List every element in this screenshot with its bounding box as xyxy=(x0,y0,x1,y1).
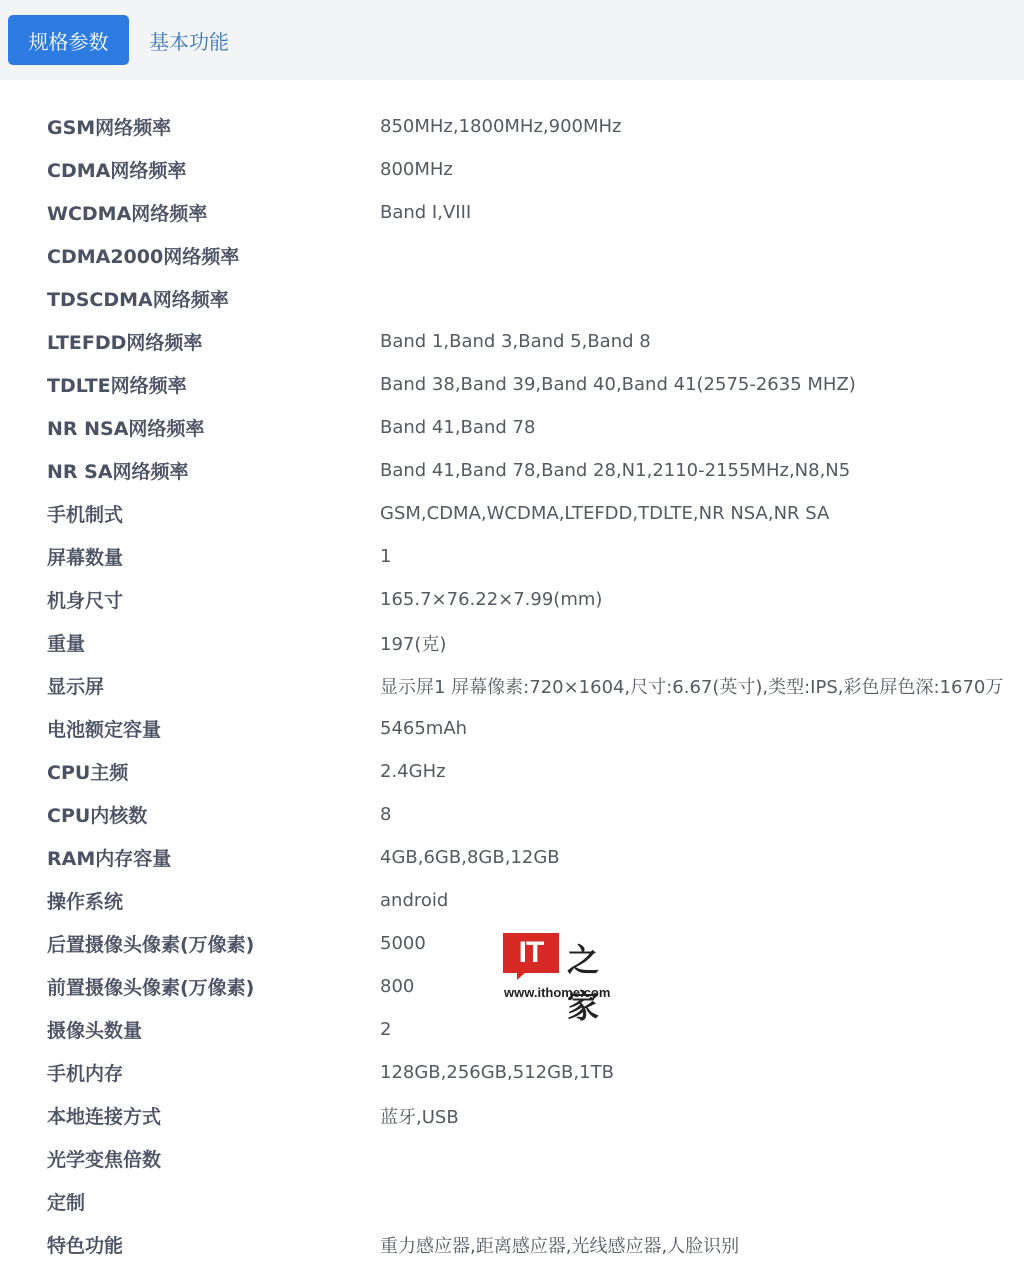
spec-row: WCDMA网络频率Band Ⅰ,VIII xyxy=(0,191,1024,234)
tab-specs[interactable]: 规格参数 xyxy=(8,15,129,65)
spec-row: 显示屏显示屏1 屏幕像素:720×1604,尺寸:6.67(英寸),类型:IPS… xyxy=(0,664,1024,707)
spec-value: Band 1,Band 3,Band 5,Band 8 xyxy=(380,331,651,352)
tab-basic-features[interactable]: 基本功能 xyxy=(149,26,229,55)
spec-value: 重力感应器,距离感应器,光线感应器,人脸识别 xyxy=(380,1232,739,1258)
spec-label: WCDMA网络频率 xyxy=(0,199,380,226)
spec-value: 显示屏1 屏幕像素:720×1604,尺寸:6.67(英寸),类型:IPS,彩色… xyxy=(380,673,1003,699)
spec-list: GSM网络频率850MHz,1800MHz,900MHzCDMA网络频率800M… xyxy=(0,105,1024,1266)
spec-label: 手机制式 xyxy=(0,500,380,527)
spec-value: 8 xyxy=(380,804,391,825)
spec-row: LTEFDD网络频率Band 1,Band 3,Band 5,Band 8 xyxy=(0,320,1024,363)
spec-label: 摄像头数量 xyxy=(0,1016,380,1043)
spec-row: NR SA网络频率Band 41,Band 78,Band 28,N1,2110… xyxy=(0,449,1024,492)
spec-label: NR NSA网络频率 xyxy=(0,414,380,441)
spec-label: 屏幕数量 xyxy=(0,543,380,570)
spec-row: 本地连接方式蓝牙,USB xyxy=(0,1094,1024,1137)
spec-value: 5465mAh xyxy=(380,718,467,739)
spec-label: TDSCDMA网络频率 xyxy=(0,285,380,312)
spec-label: 定制 xyxy=(0,1188,380,1215)
spec-value: Band 41,Band 78 xyxy=(380,417,535,438)
spec-label: CDMA网络频率 xyxy=(0,156,380,183)
spec-row: CPU内核数8 xyxy=(0,793,1024,836)
spec-row: TDLTE网络频率Band 38,Band 39,Band 40,Band 41… xyxy=(0,363,1024,406)
spec-value: 800MHz xyxy=(380,159,453,180)
spec-value: 蓝牙,USB xyxy=(380,1103,459,1129)
spec-row: NR NSA网络频率Band 41,Band 78 xyxy=(0,406,1024,449)
spec-label: 手机内存 xyxy=(0,1059,380,1086)
spec-row: 重量197(克) xyxy=(0,621,1024,664)
watermark-url: www.ithome.com xyxy=(504,985,610,1000)
spec-row: 机身尺寸165.7×76.22×7.99(mm) xyxy=(0,578,1024,621)
spec-value: 2 xyxy=(380,1019,391,1040)
spec-value: 197(克) xyxy=(380,630,446,656)
spec-label: 后置摄像头像素(万像素) xyxy=(0,930,380,957)
spec-label: 本地连接方式 xyxy=(0,1102,380,1129)
spec-row: 电池额定容量5465mAh xyxy=(0,707,1024,750)
spec-label: CPU内核数 xyxy=(0,801,380,828)
ithome-watermark: IT 之家 www.ithome.com xyxy=(503,933,623,1003)
spec-label: 显示屏 xyxy=(0,672,380,699)
ithome-logo-icon: IT xyxy=(503,933,559,973)
spec-label: RAM内存容量 xyxy=(0,844,380,871)
spec-label: GSM网络频率 xyxy=(0,113,380,140)
spec-value: 5000 xyxy=(380,933,426,954)
spec-value: 1 xyxy=(380,546,391,567)
spec-value: 128GB,256GB,512GB,1TB xyxy=(380,1062,614,1083)
spec-value: 165.7×76.22×7.99(mm) xyxy=(380,589,602,610)
spec-row: CPU主频2.4GHz xyxy=(0,750,1024,793)
logo-chinese-text: 之家 xyxy=(567,935,623,1027)
spec-label: 操作系统 xyxy=(0,887,380,914)
spec-label: CDMA2000网络频率 xyxy=(0,242,380,269)
spec-label: LTEFDD网络频率 xyxy=(0,328,380,355)
spec-label: 光学变焦倍数 xyxy=(0,1145,380,1172)
spec-row: 屏幕数量1 xyxy=(0,535,1024,578)
spec-value: Band 41,Band 78,Band 28,N1,2110-2155MHz,… xyxy=(380,460,850,481)
tab-bar: 规格参数 基本功能 xyxy=(0,0,1024,80)
spec-row: 手机内存128GB,256GB,512GB,1TB xyxy=(0,1051,1024,1094)
spec-value: 2.4GHz xyxy=(380,761,446,782)
spec-row: GSM网络频率850MHz,1800MHz,900MHz xyxy=(0,105,1024,148)
spec-value: 850MHz,1800MHz,900MHz xyxy=(380,116,622,137)
spec-row: 手机制式GSM,CDMA,WCDMA,LTEFDD,TDLTE,NR NSA,N… xyxy=(0,492,1024,535)
spec-value: Band 38,Band 39,Band 40,Band 41(2575-263… xyxy=(380,374,856,395)
spec-label: 重量 xyxy=(0,629,380,656)
spec-value: android xyxy=(380,890,448,911)
spec-value: 800 xyxy=(380,976,414,997)
spec-label: 前置摄像头像素(万像素) xyxy=(0,973,380,1000)
spec-value: 4GB,6GB,8GB,12GB xyxy=(380,847,560,868)
spec-row: TDSCDMA网络频率 xyxy=(0,277,1024,320)
spec-value: Band Ⅰ,VIII xyxy=(380,202,471,223)
spec-row: 操作系统android xyxy=(0,879,1024,922)
spec-value: GSM,CDMA,WCDMA,LTEFDD,TDLTE,NR NSA,NR SA xyxy=(380,503,829,524)
spec-row: 特色功能重力感应器,距离感应器,光线感应器,人脸识别 xyxy=(0,1223,1024,1266)
spec-label: 特色功能 xyxy=(0,1231,380,1258)
spec-row: CDMA2000网络频率 xyxy=(0,234,1024,277)
spec-label: TDLTE网络频率 xyxy=(0,371,380,398)
spec-row: RAM内存容量4GB,6GB,8GB,12GB xyxy=(0,836,1024,879)
spec-row: CDMA网络频率800MHz xyxy=(0,148,1024,191)
spec-label: NR SA网络频率 xyxy=(0,457,380,484)
logo-speech-tail xyxy=(517,971,527,980)
spec-label: 机身尺寸 xyxy=(0,586,380,613)
spec-row: 定制 xyxy=(0,1180,1024,1223)
spec-row: 摄像头数量2 xyxy=(0,1008,1024,1051)
spec-label: 电池额定容量 xyxy=(0,715,380,742)
spec-label: CPU主频 xyxy=(0,758,380,785)
spec-row: 光学变焦倍数 xyxy=(0,1137,1024,1180)
